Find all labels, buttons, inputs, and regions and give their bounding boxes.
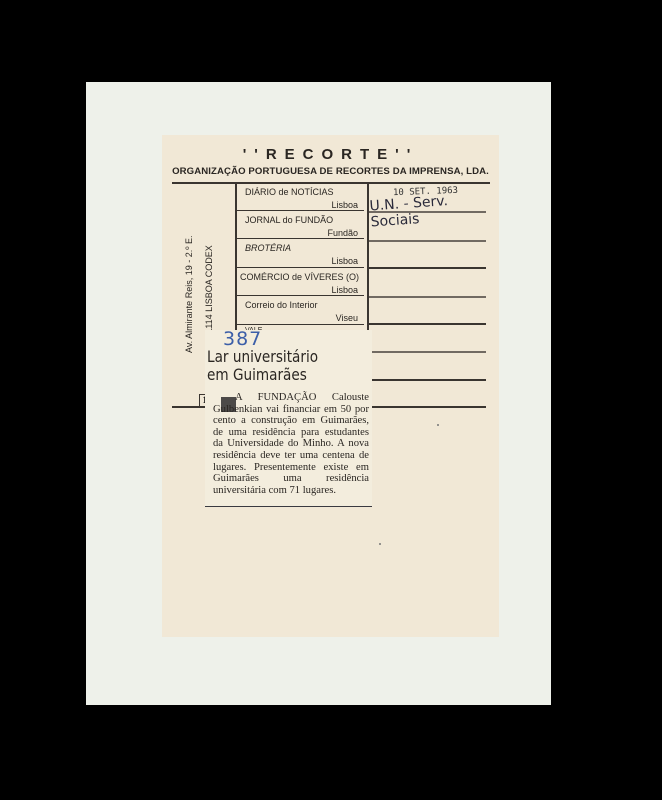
date-row-rule <box>369 296 486 298</box>
headline-line-2: em Guimarães <box>207 366 318 384</box>
card-subtitle: ORGANIZAÇÃO PORTUGUESA DE RECORTES DA IM… <box>162 166 499 177</box>
publication-row: Correio do Interior Viseu <box>236 296 364 325</box>
publication-row: JORNAL do FUNDÃO Fundão <box>236 211 364 239</box>
date-row-rule <box>369 379 486 381</box>
clipping-headline: Lar universitário em Guimarães <box>207 348 318 384</box>
date-row-rule <box>369 240 486 242</box>
clipping-body: A FUNDAÇÃO Calouste Gulbenkian vai finan… <box>213 392 369 496</box>
publication-city: Fundão <box>327 228 358 238</box>
publication-name: DIÁRIO de NOTÍCIAS <box>245 187 334 197</box>
publication-city: Viseu <box>336 313 358 323</box>
handwritten-note: U.N. - Serv. Sociais <box>369 190 500 231</box>
publication-name: Correio do Interior <box>245 300 318 310</box>
card-title: ''RECORTE'' <box>162 146 499 163</box>
newspaper-clipping: 387 Lar universitário em Guimarães A FUN… <box>205 330 372 507</box>
clipping-body-text: A FUNDAÇÃO Calouste Gulbenkian vai finan… <box>213 392 369 496</box>
address-line-2: 1114 LISBOA CODEX <box>204 245 214 333</box>
publication-city: Lisboa <box>331 200 358 210</box>
headline-line-1: Lar universitário <box>207 348 318 366</box>
date-row-rule <box>369 267 486 269</box>
date-row-rule <box>369 351 486 353</box>
speck <box>379 543 381 545</box>
publication-city: Lisboa <box>331 285 358 295</box>
table-bottom-rule <box>367 406 486 408</box>
publication-row: DIÁRIO de NOTÍCIAS Lisboa <box>236 183 364 211</box>
publication-name: COMÉRCIO de VÍVERES (O) <box>240 272 359 282</box>
speck <box>437 424 439 426</box>
publication-name: BROTÉRIA <box>245 243 291 253</box>
date-row-rule <box>369 323 486 325</box>
publication-row: BROTÉRIA Lisboa <box>236 239 364 268</box>
publication-name: JORNAL do FUNDÃO <box>245 215 333 225</box>
address-line-1: Av. Almirante Reis, 19 - 2.º E. <box>184 235 194 353</box>
publication-row: COMÉRCIO de VÍVERES (O) Lisboa <box>236 268 364 296</box>
publication-city: Lisboa <box>331 256 358 266</box>
